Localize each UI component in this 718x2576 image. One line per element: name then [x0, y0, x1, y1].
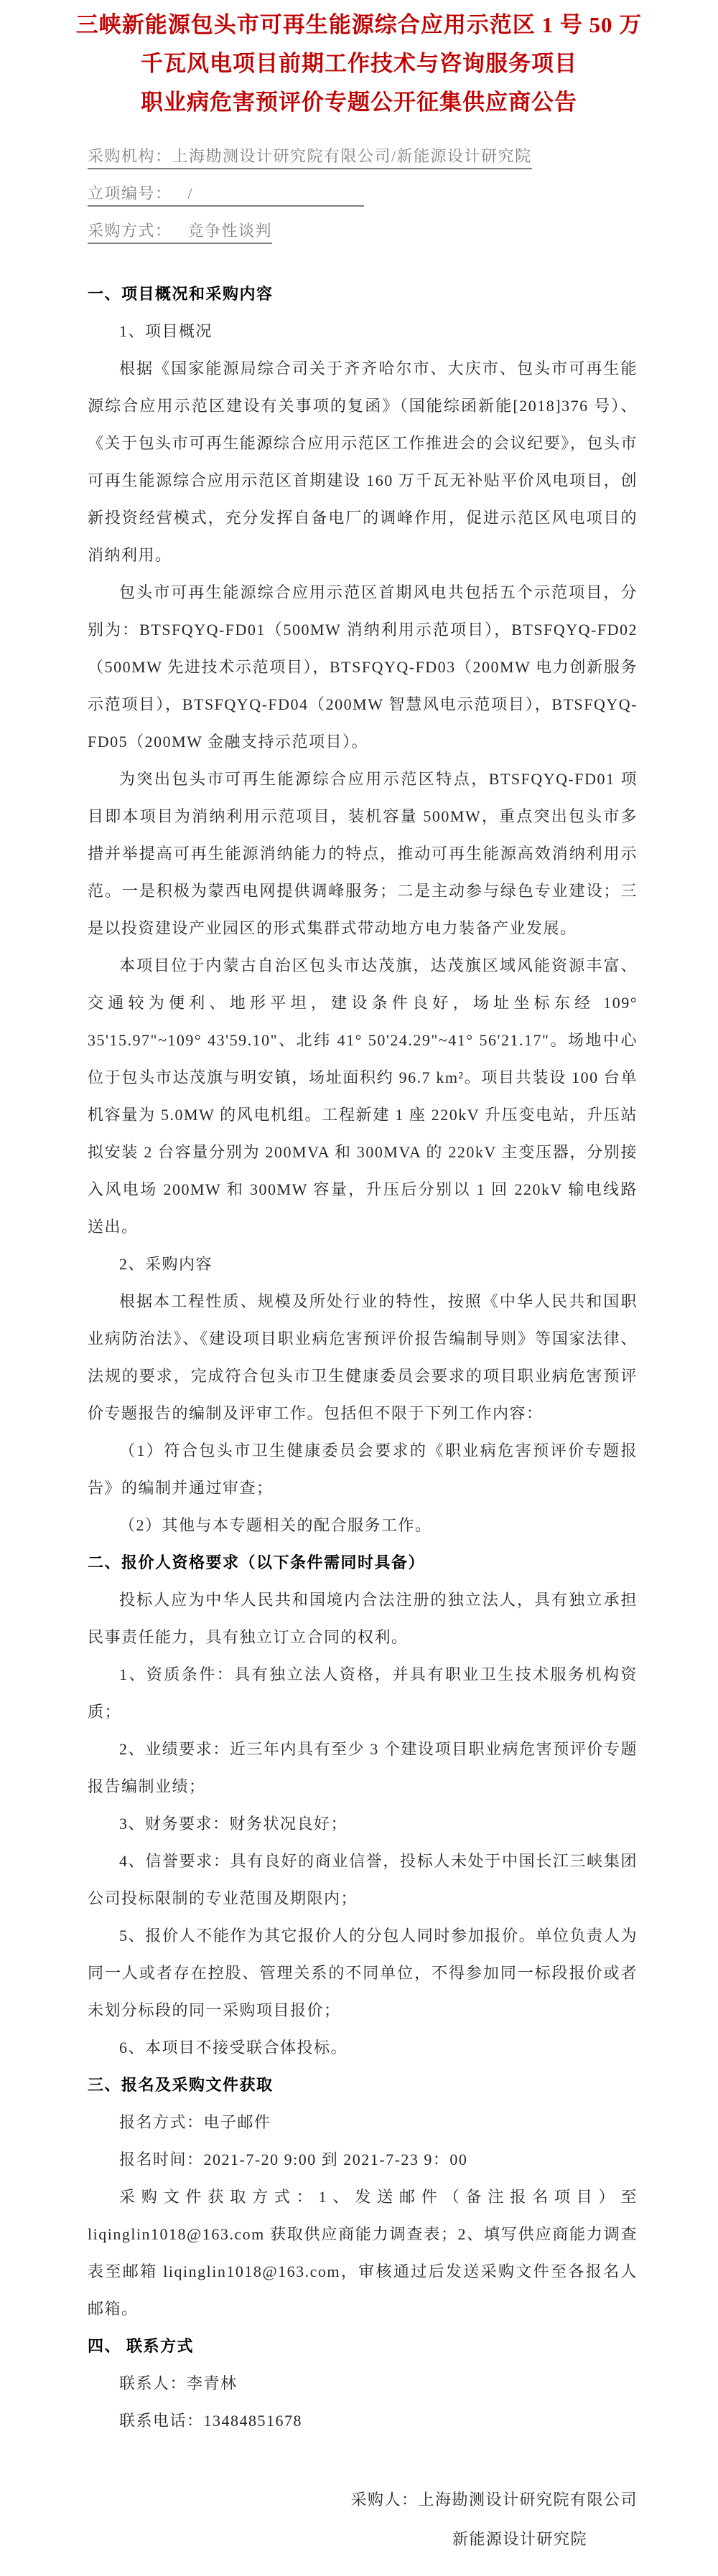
para-overview-3: 为突出包头市可再生能源综合应用示范区特点，BTSFQYQ-FD01 项目即本项目…: [88, 761, 638, 947]
registration-method-line: 报名方式：电子邮件: [88, 2104, 638, 2141]
para-procurement-1: 根据本工程性质、规模及所处行业的特性，按照《中华人民共和国职业病防治法》、《建设…: [88, 1283, 638, 1432]
purchaser-line: 采购人：上海勘测设计研究院有限公司: [88, 2480, 638, 2519]
subheading-project-overview: 1、项目概况: [88, 313, 638, 350]
section-heading-registration: 三、报名及采购文件获取: [88, 2067, 638, 2104]
para-overview-1: 根据《国家能源局综合司关于齐齐哈尔市、大庆市、包头市可再生能源综合应用示范区建设…: [88, 350, 638, 574]
announcement-document: 三峡新能源包头市可再生能源综合应用示范区 1 号 50 万 千瓦风电项目前期工作…: [0, 0, 718, 2576]
meta-block: 采购机构：上海勘测设计研究院有限公司/新能源设计研究院 立项编号：/ 采购方式：…: [88, 145, 638, 243]
qualification-item-5: 5、报价人不能作为其它报价人的分包人同时参加报价。单位负责人为同一人或者存在控股…: [88, 1917, 638, 2029]
document-title: 三峡新能源包头市可再生能源综合应用示范区 1 号 50 万 千瓦风电项目前期工作…: [0, 0, 718, 122]
section-heading-qualification: 二、报价人资格要求（以下条件需同时具备）: [88, 1544, 638, 1581]
department-line: 新能源设计研究院: [88, 2519, 638, 2559]
para-procurement-3: （2）其他与本专题相关的配合服务工作。: [88, 1507, 638, 1544]
title-line-2: 千瓦风电项目前期工作技术与咨询服务项目: [29, 44, 689, 83]
meta-method-label: 采购方式：: [88, 222, 172, 240]
meta-agency-value: 上海勘测设计研究院有限公司/新能源设计研究院: [172, 147, 532, 165]
title-line-3: 职业病危害预评价专题公开征集供应商公告: [29, 83, 689, 122]
para-overview-4: 本项目位于内蒙古自治区包头市达茂旗，达茂旗区域风能资源丰富、交通较为便利、地形平…: [88, 947, 638, 1246]
qualification-item-3: 3、财务要求：财务状况良好；: [88, 1805, 638, 1843]
qualification-item-4: 4、信誉要求：具有良好的商业信誉，投标人未处于中国长江三峡集团公司投标限制的专业…: [88, 1843, 638, 1917]
meta-project-no-value: /: [188, 184, 194, 202]
meta-agency-line: 采购机构：上海勘测设计研究院有限公司/新能源设计研究院: [88, 145, 638, 168]
meta-agency-label: 采购机构：: [88, 147, 172, 165]
qualification-item-1: 1、资质条件：具有独立法人资格，并具有职业卫生技术服务机构资质；: [88, 1656, 638, 1731]
registration-time-line: 报名时间：2021-7-20 9:00 到 2021-7-23 9：00: [88, 2141, 638, 2178]
section-heading-overview: 一、项目概况和采购内容: [88, 276, 638, 313]
qualification-item-2: 2、业绩要求：近三年内具有至少 3 个建设项目职业病危害预评价专题报告编制业绩；: [88, 1731, 638, 1805]
meta-project-no-label: 立项编号：: [88, 184, 172, 202]
document-body: 采购机构：上海勘测设计研究院有限公司/新能源设计研究院 立项编号：/ 采购方式：…: [88, 145, 638, 2440]
para-overview-2: 包头市可再生能源综合应用示范区首期风电共包括五个示范项目，分别为：BTSFQYQ…: [88, 574, 638, 761]
section-heading-contact: 四、 联系方式: [88, 2328, 638, 2365]
meta-project-no-line: 立项编号：/: [88, 182, 638, 205]
subheading-procurement-content: 2、采购内容: [88, 1246, 638, 1283]
contact-phone-line: 联系电话：13484851678: [88, 2402, 638, 2440]
title-line-1: 三峡新能源包头市可再生能源综合应用示范区 1 号 50 万: [29, 6, 689, 44]
document-acquisition-line: 采购文件获取方式：1、发送邮件（备注报名项目）至 liqinglin1018@1…: [88, 2178, 638, 2328]
meta-method-line: 采购方式：竞争性谈判: [88, 220, 638, 243]
signature-block: 采购人：上海勘测设计研究院有限公司 新能源设计研究院: [88, 2480, 638, 2559]
contact-name-line: 联系人：李青林: [88, 2365, 638, 2402]
para-qualification-intro: 投标人应为中华人民共和国境内合法注册的独立法人，具有独立承担民事责任能力，具有独…: [88, 1581, 638, 1656]
meta-method-value: 竞争性谈判: [188, 222, 273, 240]
qualification-item-6: 6、本项目不接受联合体投标。: [88, 2029, 638, 2067]
para-procurement-2: （1）符合包头市卫生健康委员会要求的《职业病危害预评价专题报告》的编制并通过审查…: [88, 1432, 638, 1507]
